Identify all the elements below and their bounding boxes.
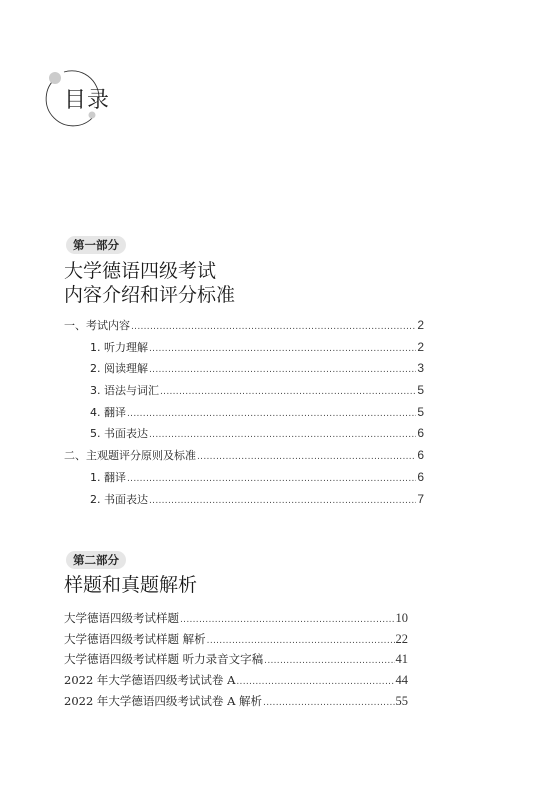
toc-entry[interactable]: 1. 翻译 6 bbox=[64, 469, 424, 491]
part-1-tag: 第一部分 bbox=[66, 236, 126, 254]
page-title: 目录 bbox=[64, 83, 110, 114]
part-1-toc-list: 一、考试内容 2 1. 听力理解 2 2. 阅读理解 3 3. 语法与词汇 5 … bbox=[64, 317, 424, 512]
toc-entry[interactable]: 5. 书面表达 6 bbox=[64, 425, 424, 447]
toc-entry-label: 2. 书面表达 bbox=[64, 491, 148, 507]
toc-entry[interactable]: 2022 年大学德语四级考试试卷 A 44 bbox=[64, 672, 408, 693]
toc-entry[interactable]: 一、考试内容 2 bbox=[64, 317, 424, 339]
toc-entry-label: 2022 年大学德语四级考试试卷 A bbox=[64, 672, 235, 688]
toc-entry-page: 5 bbox=[417, 383, 424, 397]
dot-leader bbox=[264, 656, 394, 666]
dot-leader bbox=[131, 322, 416, 332]
part-2-title: 样题和真题解析 bbox=[64, 573, 197, 597]
toc-entry-page: 6 bbox=[417, 470, 424, 484]
toc-entry-label: 5. 书面表达 bbox=[64, 425, 148, 441]
dot-leader bbox=[149, 496, 416, 506]
toc-entry-page: 44 bbox=[396, 673, 409, 688]
toc-entry-page: 2 bbox=[417, 318, 424, 332]
toc-entry[interactable]: 2. 书面表达 7 bbox=[64, 491, 424, 513]
toc-entry[interactable]: 4. 翻译 5 bbox=[64, 404, 424, 426]
toc-entry-label: 3. 语法与词汇 bbox=[64, 382, 159, 398]
part-1-title-line-1: 大学德语四级考试 bbox=[64, 259, 235, 283]
toc-entry-page: 5 bbox=[417, 405, 424, 419]
toc-entry[interactable]: 大学德语四级考试样题 10 bbox=[64, 610, 408, 631]
toc-entry-page: 55 bbox=[396, 694, 409, 709]
toc-entry-label: 2022 年大学德语四级考试试卷 A 解析 bbox=[64, 693, 262, 709]
toc-entry-label: 4. 翻译 bbox=[64, 404, 126, 420]
toc-entry-page: 2 bbox=[417, 340, 424, 354]
toc-entry-label: 一、考试内容 bbox=[64, 317, 130, 333]
toc-entry-label: 大学德语四级考试样题 bbox=[64, 610, 179, 626]
toc-entry-page: 6 bbox=[417, 426, 424, 440]
toc-entry[interactable]: 大学德语四级考试样题 听力录音文字稿 41 bbox=[64, 651, 408, 672]
dot-leader bbox=[197, 452, 416, 462]
dot-leader bbox=[160, 387, 416, 397]
part-1-title-line-2: 内容介绍和评分标准 bbox=[64, 283, 235, 307]
dot-leader bbox=[127, 409, 416, 419]
toc-entry-label: 大学德语四级考试样题 解析 bbox=[64, 631, 206, 647]
dot-leader bbox=[236, 677, 394, 687]
part-2-title-line-1: 样题和真题解析 bbox=[64, 573, 197, 597]
dot-leader bbox=[149, 365, 416, 375]
toc-entry[interactable]: 2. 阅读理解 3 bbox=[64, 360, 424, 382]
toc-entry[interactable]: 二、主观题评分原则及标准 6 bbox=[64, 447, 424, 469]
toc-entry[interactable]: 大学德语四级考试样题 解析 22 bbox=[64, 631, 408, 652]
toc-entry-label: 1. 翻译 bbox=[64, 469, 126, 485]
dot-leader bbox=[207, 636, 395, 646]
toc-entry-label: 大学德语四级考试样题 听力录音文字稿 bbox=[64, 651, 263, 667]
dot-leader bbox=[127, 474, 416, 484]
toc-entry[interactable]: 3. 语法与词汇 5 bbox=[64, 382, 424, 404]
toc-entry-page: 10 bbox=[396, 611, 409, 626]
part-1-title: 大学德语四级考试 内容介绍和评分标准 bbox=[64, 259, 235, 307]
toc-entry-page: 41 bbox=[396, 652, 409, 667]
toc-entry-page: 7 bbox=[417, 492, 424, 506]
dot-leader bbox=[180, 615, 395, 625]
toc-entry-label: 2. 阅读理解 bbox=[64, 360, 148, 376]
toc-entry-label: 二、主观题评分原则及标准 bbox=[64, 447, 196, 463]
toc-entry[interactable]: 1. 听力理解 2 bbox=[64, 339, 424, 361]
part-2-toc-list: 大学德语四级考试样题 10 大学德语四级考试样题 解析 22 大学德语四级考试样… bbox=[64, 610, 408, 713]
toc-entry-page: 22 bbox=[396, 632, 409, 647]
dot-leader bbox=[263, 698, 394, 708]
dot-leader bbox=[149, 430, 416, 440]
toc-entry-page: 3 bbox=[417, 361, 424, 375]
part-2-tag: 第二部分 bbox=[66, 551, 126, 569]
dot-leader bbox=[149, 344, 416, 354]
toc-entry[interactable]: 2022 年大学德语四级考试试卷 A 解析 55 bbox=[64, 693, 408, 714]
toc-entry-label: 1. 听力理解 bbox=[64, 339, 148, 355]
toc-entry-page: 6 bbox=[417, 448, 424, 462]
